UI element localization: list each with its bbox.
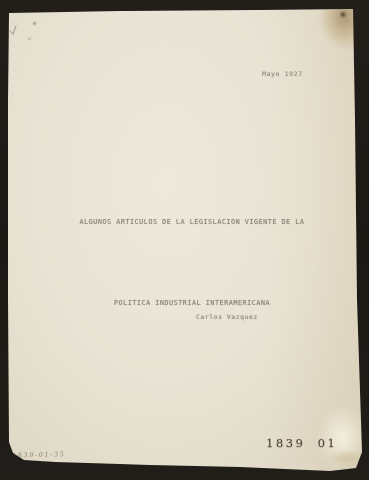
title-line-2: POLITICA INDUSTRIAL INTERAMERICANA <box>52 290 332 317</box>
pencil-check-icon <box>8 23 22 37</box>
archive-number-stamp: 1839 01 <box>266 436 337 450</box>
stain-bottom-right-tan <box>328 450 364 466</box>
author-name: Carlos Vazquez <box>196 313 258 321</box>
scanned-page-container: Mayo 1927 ALGUNOS ARTICULOS DE LA LEGISL… <box>0 0 369 480</box>
pencil-speck <box>28 38 31 40</box>
paper-sheet: Mayo 1927 ALGUNOS ARTICULOS DE LA LEGISL… <box>0 0 369 480</box>
pencil-inscription: 1839-01-35 <box>12 450 66 459</box>
title-block: ALGUNOS ARTICULOS DE LA LEGISLACION VIGE… <box>52 155 332 371</box>
stain-speck-top-right-edge <box>339 11 347 18</box>
title-line-1: ALGUNOS ARTICULOS DE LA LEGISLACION VIGE… <box>52 209 332 236</box>
typed-date-note: Mayo 1927 <box>262 70 303 78</box>
stain-top-right <box>320 7 356 49</box>
pencil-speck <box>33 22 36 25</box>
